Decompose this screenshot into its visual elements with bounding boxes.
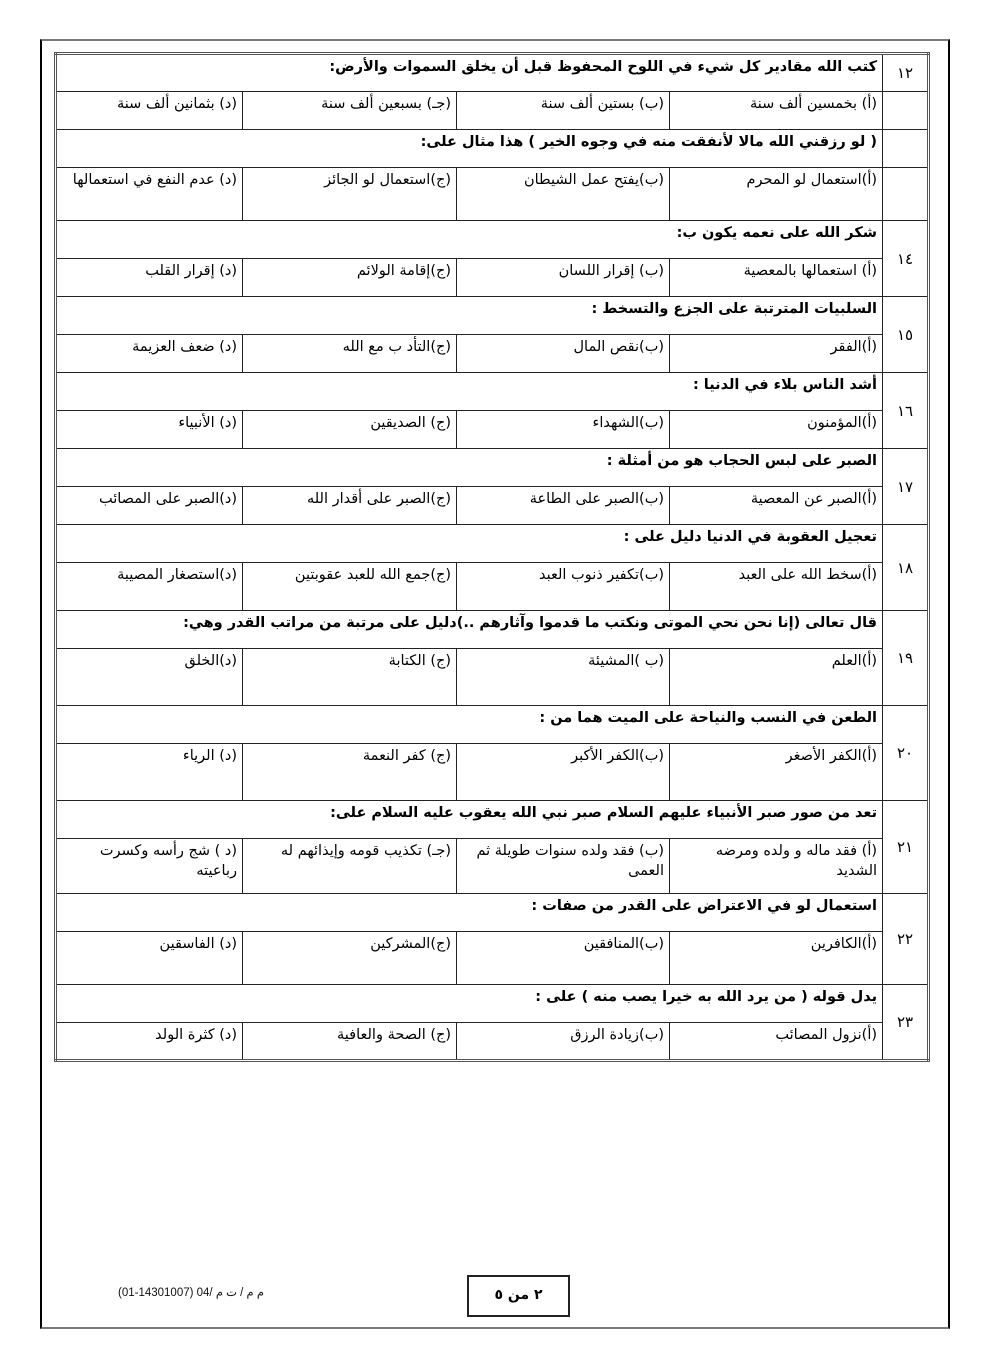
question-number: ١٦ <box>883 373 929 449</box>
option-a[interactable]: (أ)الكافرين <box>670 932 883 985</box>
option-a[interactable]: (أ)العلم <box>670 649 883 706</box>
question-row: ٢٢ استعمال لو في الاعتراض على القدر من ص… <box>56 894 929 932</box>
option-b[interactable]: (ب) بستين ألف سنة <box>457 92 670 130</box>
option-a[interactable]: (أ)الفقر <box>670 335 883 373</box>
question-row: ٢٠ الطعن في النسب والنياحة على الميت هما… <box>56 706 929 744</box>
question-number: ١٨ <box>883 525 929 611</box>
option-c[interactable]: (ج)المشركين <box>243 932 457 985</box>
page-indicator: ٢ من ٥ <box>467 1275 570 1317</box>
option-d[interactable]: (د) كثرة الولد <box>56 1023 243 1061</box>
option-d[interactable]: (د) الفاسقين <box>56 932 243 985</box>
options-row: (أ)الكفر الأصغر (ب)الكفر الأكبر (ج) كفر … <box>56 744 929 801</box>
options-row: (أ)العلم (ب )المشيئة (ج) الكتابة (د)الخل… <box>56 649 929 706</box>
question-text: الصبر على لبس الحجاب هو من أمثلة : <box>56 449 883 487</box>
option-a[interactable]: (أ)نزول المصائب <box>670 1023 883 1061</box>
option-d[interactable]: (د) الأنبياء <box>56 411 243 449</box>
question-row: ١٨ تعجيل العقوبة في الدنيا دليل على : <box>56 525 929 563</box>
question-number: ١٤ <box>883 221 929 297</box>
option-b[interactable]: (ب) إقرار اللسان <box>457 259 670 297</box>
option-c[interactable]: (جـ) بسبعين ألف سنة <box>243 92 457 130</box>
question-row: ٢٣ يدل قوله ( من يرد الله به خيرا يصب من… <box>56 985 929 1023</box>
question-number: ١٧ <box>883 449 929 525</box>
option-b[interactable]: (ب) فقد ولده سنوات طويلة ثم العمى <box>457 839 670 894</box>
option-b[interactable]: (ب)الصبر على الطاعة <box>457 487 670 525</box>
question-row: ١٤ شكر الله على نعمه يكون ب: <box>56 221 929 259</box>
options-row: (أ)المؤمنون (ب)الشهداء (ج) الصديقين (د) … <box>56 411 929 449</box>
option-b[interactable]: (ب)زيادة الرزق <box>457 1023 670 1061</box>
question-row: ٢١ تعد من صور صبر الأنبياء عليهم السلام … <box>56 801 929 839</box>
options-row: (أ)الكافرين (ب)المنافقين (ج)المشركين (د)… <box>56 932 929 985</box>
question-number: ١٥ <box>883 297 929 373</box>
question-number: ١٩ <box>883 611 929 706</box>
option-b[interactable]: (ب)الشهداء <box>457 411 670 449</box>
question-number: ٢٣ <box>883 985 929 1061</box>
question-number: ٢٠ <box>883 706 929 801</box>
question-text: تعد من صور صبر الأنبياء عليهم السلام صبر… <box>56 801 883 839</box>
document-code: (01-14301007) 04/ م م / ت م <box>118 1285 264 1299</box>
options-row: (أ)استعمال لو المحرم (ب)يفتح عمل الشيطان… <box>56 168 929 221</box>
question-number <box>883 130 929 168</box>
options-row: (أ)نزول المصائب (ب)زيادة الرزق (ج) الصحة… <box>56 1023 929 1061</box>
option-c[interactable]: (ج)استعمال لو الجائز <box>243 168 457 221</box>
option-c[interactable]: (ج)التأد ب مع الله <box>243 335 457 373</box>
option-c[interactable]: (جـ) تكذيب قومه وإيذائهم له <box>243 839 457 894</box>
question-text: شكر الله على نعمه يكون ب: <box>56 221 883 259</box>
question-row: ١٧ الصبر على لبس الحجاب هو من أمثلة : <box>56 449 929 487</box>
options-row: (أ)الفقر (ب)نقص المال (ج)التأد ب مع الله… <box>56 335 929 373</box>
question-number: ٢١ <box>883 801 929 894</box>
question-row: ( لو رزقني الله مالا لأنفقت منه في وجوه … <box>56 130 929 168</box>
option-b[interactable]: (ب )المشيئة <box>457 649 670 706</box>
options-row: (أ)سخط الله على العبد (ب)تكفير ذنوب العب… <box>56 563 929 611</box>
question-text: كتب الله مقادير كل شيء في اللوح المحفوظ … <box>56 54 883 92</box>
option-c[interactable]: (ج)إقامة الولائم <box>243 259 457 297</box>
question-text: قال تعالى (إنا نحن نحي الموتى ونكتب ما ق… <box>56 611 883 649</box>
option-d[interactable]: (د) الرياء <box>56 744 243 801</box>
question-number: ١٢ <box>883 54 929 92</box>
option-c[interactable]: (ج)جمع الله للعبد عقوبتين <box>243 563 457 611</box>
option-d[interactable]: (د ) شج رأسه وكسرت رباعيته <box>56 839 243 894</box>
question-text: ( لو رزقني الله مالا لأنفقت منه في وجوه … <box>56 130 883 168</box>
option-d[interactable]: (د)استصغار المصيبة <box>56 563 243 611</box>
question-row: ١٦ أشد الناس بلاء في الدنيا : <box>56 373 929 411</box>
question-text: استعمال لو في الاعتراض على القدر من صفات… <box>56 894 883 932</box>
question-row: ١٩ قال تعالى (إنا نحن نحي الموتى ونكتب م… <box>56 611 929 649</box>
options-row: (أ)الصبر عن المعصية (ب)الصبر على الطاعة … <box>56 487 929 525</box>
quiz-table: ١٢ كتب الله مقادير كل شيء في اللوح المحف… <box>54 52 930 1062</box>
option-a[interactable]: (أ)استعمال لو المحرم <box>670 168 883 221</box>
option-a[interactable]: (أ) استعمالها بالمعصية <box>670 259 883 297</box>
option-a[interactable]: (أ) فقد ماله و ولده ومرضه الشديد <box>670 839 883 894</box>
question-text: أشد الناس بلاء في الدنيا : <box>56 373 883 411</box>
options-row: (أ) فقد ماله و ولده ومرضه الشديد (ب) فقد… <box>56 839 929 894</box>
question-text: يدل قوله ( من يرد الله به خيرا يصب منه )… <box>56 985 883 1023</box>
option-c[interactable]: (ج) الصحة والعافية <box>243 1023 457 1061</box>
question-row: ١٢ كتب الله مقادير كل شيء في اللوح المحف… <box>56 54 929 92</box>
option-d[interactable]: (د) إقرار القلب <box>56 259 243 297</box>
option-d[interactable]: (د) بثمانين ألف سنة <box>56 92 243 130</box>
option-b[interactable]: (ب)تكفير ذنوب العبد <box>457 563 670 611</box>
option-a[interactable]: (أ)الكفر الأصغر <box>670 744 883 801</box>
option-b[interactable]: (ب)المنافقين <box>457 932 670 985</box>
question-text: الطعن في النسب والنياحة على الميت هما من… <box>56 706 883 744</box>
question-number: ٢٢ <box>883 894 929 985</box>
question-text: تعجيل العقوبة في الدنيا دليل على : <box>56 525 883 563</box>
options-row: (أ) استعمالها بالمعصية (ب) إقرار اللسان … <box>56 259 929 297</box>
option-d[interactable]: (د)الصبر على المصائب <box>56 487 243 525</box>
option-a[interactable]: (أ)الصبر عن المعصية <box>670 487 883 525</box>
question-number-empty <box>883 92 929 130</box>
option-a[interactable]: (أ)المؤمنون <box>670 411 883 449</box>
option-d[interactable]: (د)الخلق <box>56 649 243 706</box>
option-b[interactable]: (ب)الكفر الأكبر <box>457 744 670 801</box>
option-d[interactable]: (د) عدم النفع في استعمالها <box>56 168 243 221</box>
option-b[interactable]: (ب)يفتح عمل الشيطان <box>457 168 670 221</box>
option-c[interactable]: (ج) كفر النعمة <box>243 744 457 801</box>
option-a[interactable]: (أ)سخط الله على العبد <box>670 563 883 611</box>
question-number-empty <box>883 168 929 221</box>
question-text: السلبيات المترتبة على الجزع والتسخط : <box>56 297 883 335</box>
options-row: (أ) بخمسين ألف سنة (ب) بستين ألف سنة (جـ… <box>56 92 929 130</box>
option-d[interactable]: (د) ضعف العزيمة <box>56 335 243 373</box>
option-c[interactable]: (ج) الصديقين <box>243 411 457 449</box>
option-c[interactable]: (ج)الصبر على أقدار الله <box>243 487 457 525</box>
option-b[interactable]: (ب)نقص المال <box>457 335 670 373</box>
option-a[interactable]: (أ) بخمسين ألف سنة <box>670 92 883 130</box>
question-row: ١٥ السلبيات المترتبة على الجزع والتسخط : <box>56 297 929 335</box>
option-c[interactable]: (ج) الكتابة <box>243 649 457 706</box>
